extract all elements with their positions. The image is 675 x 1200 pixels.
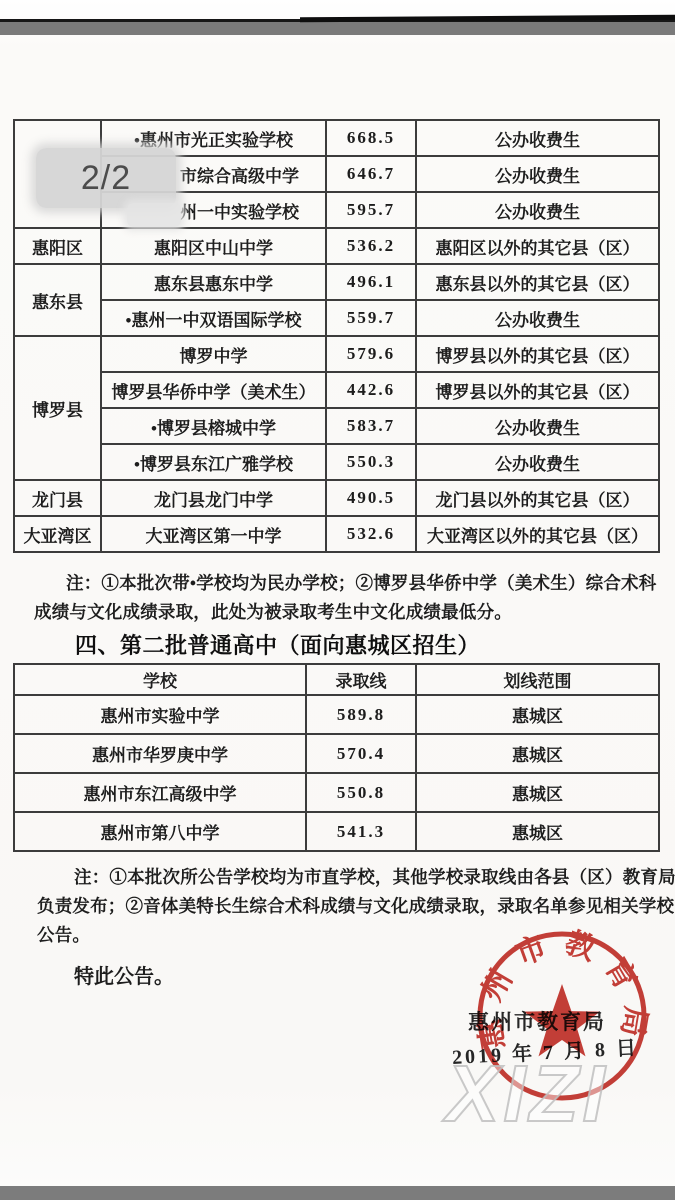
- table-row: 博罗县华侨中学（美术生） 442.6 博罗县以外的其它县（区）: [14, 372, 659, 408]
- range-cell: 惠城区: [416, 812, 659, 851]
- score-cell: 496.1: [326, 264, 416, 300]
- blur-smudge: [127, 203, 181, 227]
- photo-bottom-edge-bar: [0, 1186, 675, 1200]
- district-cell: 惠阳区: [14, 228, 101, 264]
- score-cell: 536.2: [326, 228, 416, 264]
- table-row: 博罗县 博罗中学 579.6 博罗县以外的其它县（区）: [14, 336, 659, 372]
- watermark: XIZI: [446, 1048, 609, 1140]
- range-cell: 大亚湾区以外的其它县（区）: [416, 516, 659, 552]
- table-row: 龙门县 龙门县龙门中学 490.5 龙门县以外的其它县（区）: [14, 480, 659, 516]
- table-row: 惠州市东江高级中学 550.8 惠城区: [14, 773, 659, 812]
- page-indicator-overlay: 2/2: [36, 148, 176, 208]
- section-heading: 四、第二批普通高中（面向惠城区招生）: [75, 629, 480, 660]
- note2-line2: 负责发布；②音体美特长生综合术科成绩与文化成绩录取，录取名单参见相关学校: [37, 893, 674, 918]
- table-row: 惠州市第八中学 541.3 惠城区: [14, 812, 659, 851]
- school-cell: •博罗县东江广雅学校: [101, 444, 326, 480]
- school-cell: 惠州市东江高级中学: [14, 773, 306, 812]
- note1-line1: 注：①本批次带•学校均为民办学校；②博罗县华侨中学（美术生）综合术科: [66, 570, 656, 595]
- note2-line3: 公告。: [37, 922, 90, 947]
- table-row: 惠东县 惠东县惠东中学 496.1 惠东县以外的其它县（区）: [14, 264, 659, 300]
- admission-table-batch2: 学校 录取线 划线范围 惠州市实验中学 589.8 惠城区 惠州市华罗庚中学 5…: [13, 663, 660, 852]
- school-cell: 大亚湾区第一中学: [101, 516, 326, 552]
- score-cell: 668.5: [326, 120, 416, 156]
- school-cell: •博罗县榕城中学: [101, 408, 326, 444]
- score-cell: 559.7: [326, 300, 416, 336]
- range-cell: 惠城区: [416, 773, 659, 812]
- note1-line2: 成绩与文化成绩录取，此处为被录取考生中文化成绩最低分。: [34, 599, 512, 624]
- district-cell: 博罗县: [14, 336, 101, 480]
- district-cell: 惠东县: [14, 264, 101, 336]
- range-cell: 公办收费生: [416, 120, 659, 156]
- score-cell: 589.8: [306, 695, 416, 734]
- table-header-row: 学校 录取线 划线范围: [14, 664, 659, 695]
- range-cell: 公办收费生: [416, 156, 659, 192]
- range-cell: 龙门县以外的其它县（区）: [416, 480, 659, 516]
- school-cell: 惠州市实验中学: [14, 695, 306, 734]
- score-cell: 583.7: [326, 408, 416, 444]
- school-cell: 龙门县龙门中学: [101, 480, 326, 516]
- range-cell: 惠城区: [416, 695, 659, 734]
- score-cell: 490.5: [326, 480, 416, 516]
- table-row: 大亚湾区 大亚湾区第一中学 532.6 大亚湾区以外的其它县（区）: [14, 516, 659, 552]
- score-cell: 532.6: [326, 516, 416, 552]
- table-row: 惠州市华罗庚中学 570.4 惠城区: [14, 734, 659, 773]
- range-cell: 公办收费生: [416, 444, 659, 480]
- page-indicator: 2/2: [81, 159, 131, 198]
- score-cell: 646.7: [326, 156, 416, 192]
- school-cell: 博罗县华侨中学（美术生）: [101, 372, 326, 408]
- table-row: 惠阳区 惠阳区中山中学 536.2 惠阳区以外的其它县（区）: [14, 228, 659, 264]
- table-row: 惠州市实验中学 589.8 惠城区: [14, 695, 659, 734]
- school-cell: •惠州一中双语国际学校: [101, 300, 326, 336]
- table-row: •博罗县榕城中学 583.7 公办收费生: [14, 408, 659, 444]
- range-cell: 公办收费生: [416, 300, 659, 336]
- school-header: 学校: [14, 664, 306, 695]
- range-cell: 公办收费生: [416, 408, 659, 444]
- district-cell: 大亚湾区: [14, 516, 101, 552]
- score-cell: 595.7: [326, 192, 416, 228]
- range-cell: 惠阳区以外的其它县（区）: [416, 228, 659, 264]
- score-cell: 550.8: [306, 773, 416, 812]
- school-cell: 博罗中学: [101, 336, 326, 372]
- score-cell: 570.4: [306, 734, 416, 773]
- district-cell: 龙门县: [14, 480, 101, 516]
- score-cell: 550.3: [326, 444, 416, 480]
- note2-line1: 注：①本批次所公告学校均为市直学校，其他学校录取线由各县（区）教育局: [74, 864, 675, 889]
- school-cell: 惠州市第八中学: [14, 812, 306, 851]
- score-cell: 579.6: [326, 336, 416, 372]
- table-row: •博罗县东江广雅学校 550.3 公办收费生: [14, 444, 659, 480]
- school-cell: 惠东县惠东中学: [101, 264, 326, 300]
- range-cell: 博罗县以外的其它县（区）: [416, 336, 659, 372]
- range-cell: 惠城区: [416, 734, 659, 773]
- school-cell: 惠州市华罗庚中学: [14, 734, 306, 773]
- score-header: 录取线: [306, 664, 416, 695]
- table-row: •惠州一中双语国际学校 559.7 公办收费生: [14, 300, 659, 336]
- school-cell: 惠阳区中山中学: [101, 228, 326, 264]
- score-cell: 541.3: [306, 812, 416, 851]
- range-cell: 博罗县以外的其它县（区）: [416, 372, 659, 408]
- stamp-star-icon: [524, 984, 600, 1056]
- scanned-announcement-page: •惠州市光正实验学校 668.5 公办收费生 市综合高级中学 646.7 公办收…: [0, 0, 675, 1200]
- range-cell: 惠东县以外的其它县（区）: [416, 264, 659, 300]
- range-cell: 公办收费生: [416, 192, 659, 228]
- score-cell: 442.6: [326, 372, 416, 408]
- closing-statement: 特此公告。: [74, 960, 174, 989]
- range-header: 划线范围: [416, 664, 659, 695]
